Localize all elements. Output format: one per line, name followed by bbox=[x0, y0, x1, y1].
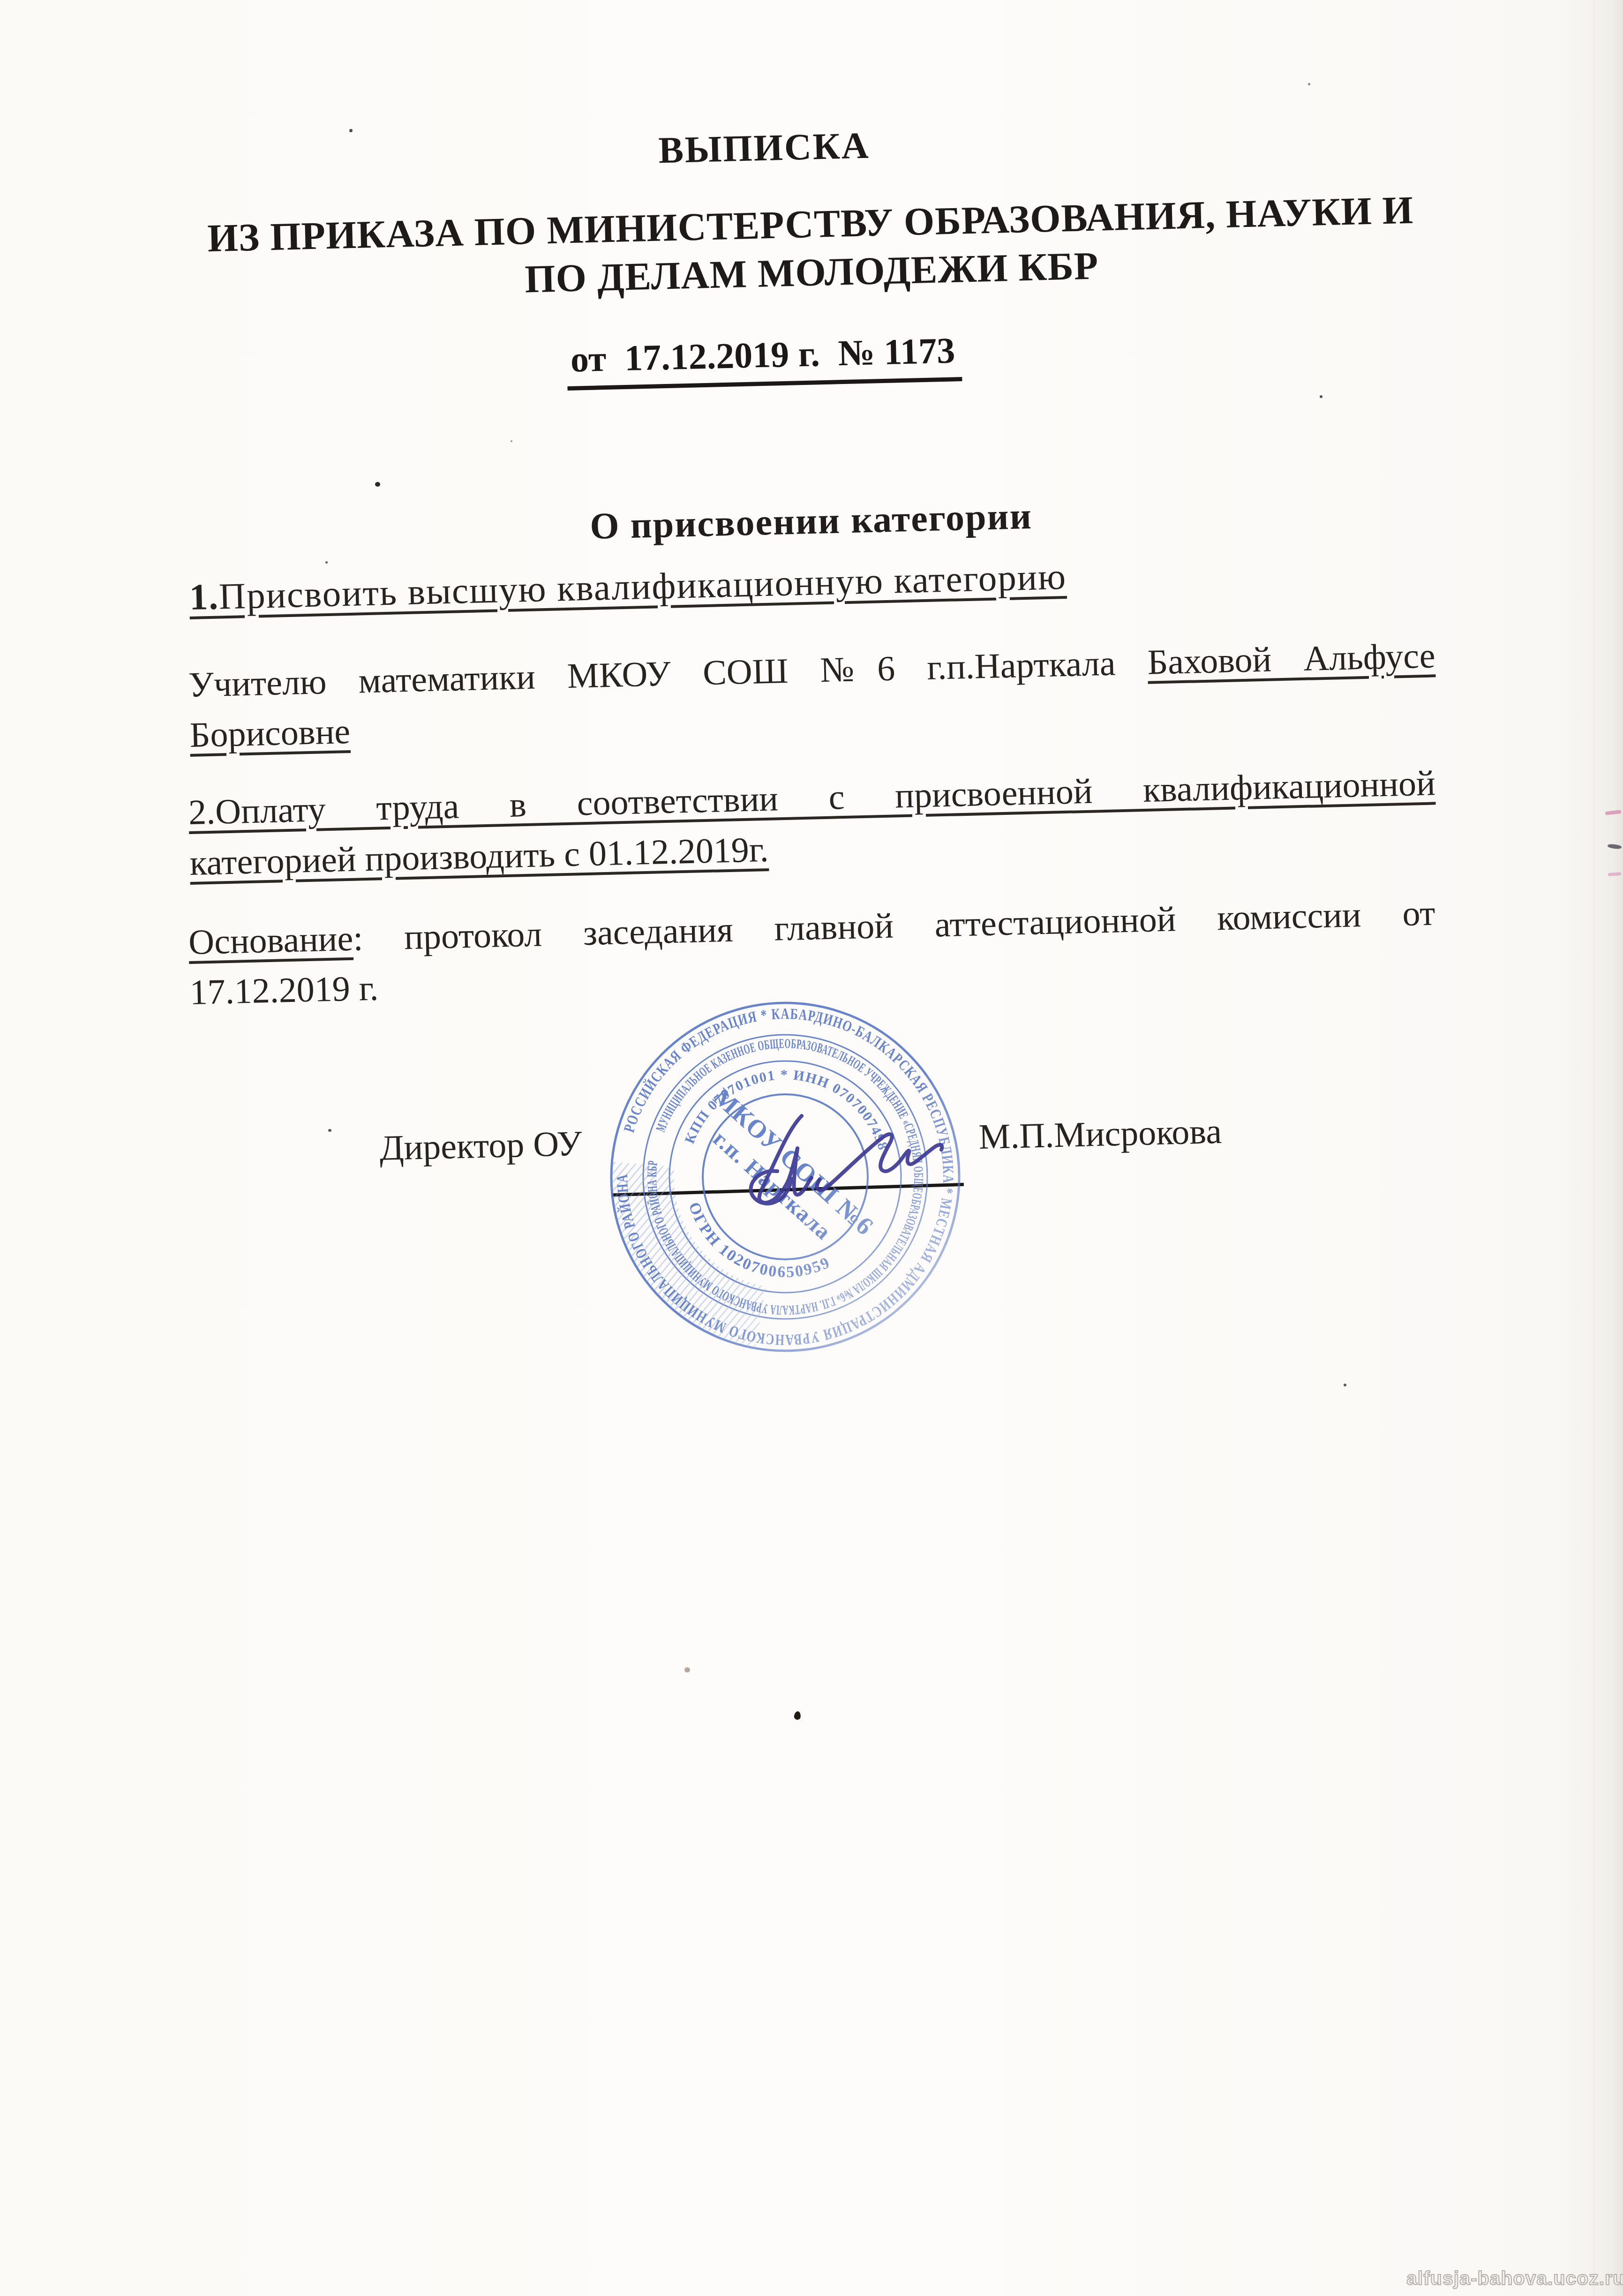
signature-stroke-1 bbox=[759, 1116, 811, 1203]
edge-pen-mark bbox=[1608, 843, 1622, 850]
recipient-name-part1: Баховой Альфусе bbox=[1147, 636, 1436, 682]
scan-speck bbox=[684, 1667, 690, 1672]
item-1-body: Присвоить высшую квалификационную катего… bbox=[218, 557, 1067, 617]
scan-speck bbox=[511, 440, 512, 442]
signature-stroke-3 bbox=[817, 1134, 942, 1190]
scan-speck bbox=[1344, 1384, 1346, 1386]
item-1-number: 1. bbox=[189, 577, 219, 618]
order-item-1: 1.Присвоить высшую квалификационную кате… bbox=[189, 556, 1067, 619]
signer-role: Директор ОУ bbox=[379, 1123, 583, 1169]
section-heading: О присвоении категории bbox=[187, 486, 1435, 558]
scan-speck-large bbox=[794, 1711, 801, 1720]
scan-speck bbox=[325, 561, 328, 564]
recipient-name-part2: Борисовне bbox=[189, 712, 351, 755]
basis-date: 17.12.2019 г. bbox=[189, 969, 379, 1012]
basis-label: Основание bbox=[188, 919, 353, 962]
order-date-number: от 17.12.2019 г. № 1173 bbox=[140, 319, 1388, 391]
scan-speck bbox=[349, 129, 353, 132]
document-title: ВЫПИСКА bbox=[140, 113, 1388, 185]
order-item-1-text: 1.Присвоить высшую квалификационную кате… bbox=[189, 557, 1067, 618]
scanned-order-extract-page: ВЫПИСКА ИЗ ПРИКАЗА ПО МИНИСТЕРСТВУ ОБРАЗ… bbox=[0, 0, 1623, 2296]
site-watermark: alfusja-bahova.ucoz.ru bbox=[1406, 2267, 1617, 2289]
handwritten-signature bbox=[731, 1102, 956, 1219]
scan-speck bbox=[375, 482, 380, 487]
scan-speck bbox=[1308, 83, 1310, 85]
signer-name: М.П.Мисрокова bbox=[978, 1111, 1222, 1158]
order-date-number-text: от 17.12.2019 г. № 1173 bbox=[566, 330, 962, 391]
edge-pen-mark bbox=[1605, 810, 1622, 815]
recipient-paragraph: Учителю математики МКОУ СОШ №6 г.п.Нартк… bbox=[188, 631, 1437, 760]
item-2-line-2-text: категорией производить с 01.12.2019г. bbox=[189, 830, 769, 883]
scan-speck bbox=[328, 1129, 331, 1132]
document-subtitle: ИЗ ПРИКАЗА ПО МИНИСТЕРСТВУ ОБРАЗОВАНИЯ, … bbox=[187, 186, 1435, 312]
edge-pen-mark bbox=[1608, 872, 1621, 876]
scan-speck bbox=[1320, 395, 1322, 398]
order-item-2: 2.Оплату труда в соответствии с присвоен… bbox=[188, 758, 1437, 888]
paper-crease-line bbox=[1593, 0, 1595, 2296]
